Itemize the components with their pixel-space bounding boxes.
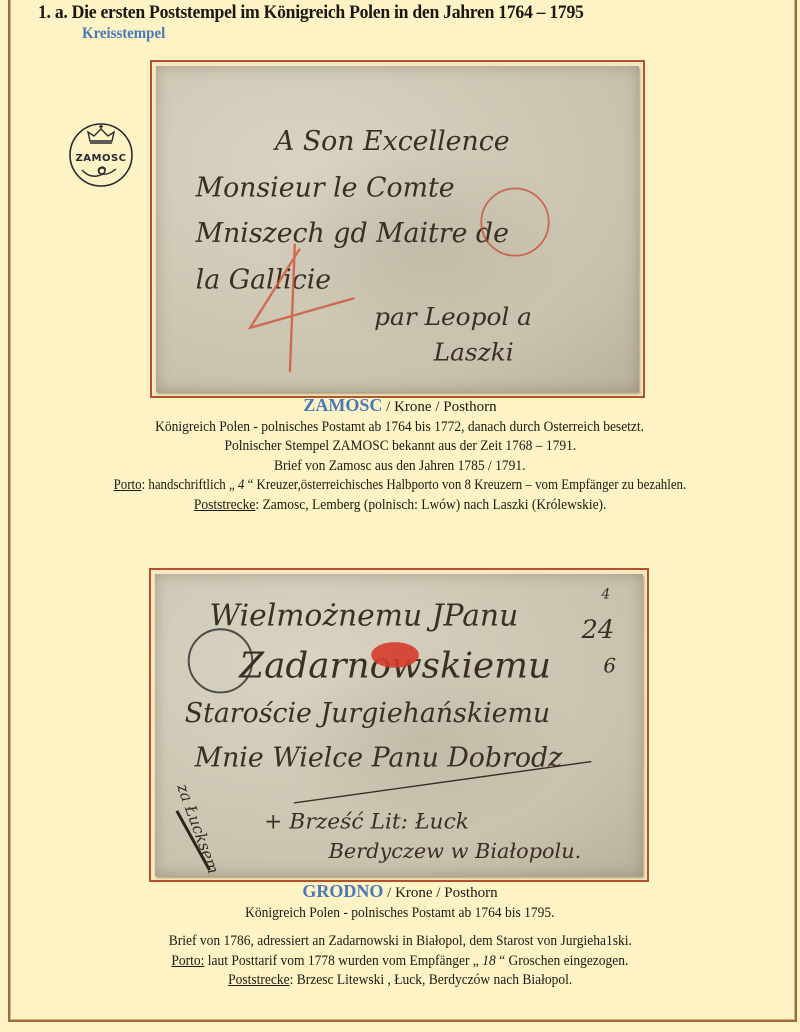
crown-posthorn-circle-stamp-icon: ZAMOSC (66, 122, 136, 188)
address-line: Wielmożnemu JPanu (210, 597, 519, 632)
red-wax-seal (371, 642, 419, 668)
address-line: + Brześć Lit: Łuck (264, 810, 469, 835)
porto-label: Porto (114, 477, 142, 493)
address-line: par Leopol a (374, 302, 532, 331)
postmark-text: ZAMOSC (76, 153, 127, 164)
caption-line: Königreich Polen - polnisches Postamt ab… (245, 904, 554, 924)
caption-grodno: GRODNO / Krone / Posthorn Königreich Pol… (0, 882, 800, 991)
manuscript-rate: 4 (600, 587, 610, 603)
caption-line: Brief von Zamosc aus den Jahren 1785 / 1… (274, 457, 526, 477)
cover-frame-grodno: Wielmożnemu JPanu Zadarnowskiemu Starośc… (149, 568, 649, 882)
porto-text: “ Groschen eingezogen. (496, 953, 629, 969)
route-text: : Brzesc Litewski , Łuck, Berdyczów nach… (289, 972, 572, 988)
caption-line: Polnischer Stempel ZAMOSC bekannt aus de… (224, 437, 576, 457)
side-note: za Łucksem (173, 780, 224, 876)
address-line: Mniszech gd Maitre de (195, 218, 509, 249)
envelope-grodno: Wielmożnemu JPanu Zadarnowskiemu Starośc… (155, 574, 643, 876)
address-line: Monsieur le Comte (195, 172, 455, 203)
stamp-type: / Krone / Posthorn (382, 399, 496, 415)
place-name: ZAMOSC (303, 395, 382, 415)
manuscript-rate: 24 (581, 615, 615, 645)
address-line: A Son Excellence (272, 126, 510, 157)
porto-label: Porto: (171, 953, 204, 969)
envelope-zamosc: A Son Excellence Monsieur le Comte Mnisz… (156, 66, 639, 392)
caption-line: Brief von 1786, adressiert an Zadarnowsk… (168, 932, 631, 952)
address-line: Berdyczew w Białopolu. (328, 839, 582, 863)
cover-frame-zamosc: A Son Excellence Monsieur le Comte Mnisz… (150, 60, 645, 398)
manuscript-rate: 6 (603, 655, 616, 678)
route-text: : Zamosc, Lemberg (polnisch: Lwów) nach … (255, 497, 606, 513)
address-line: Laszki (433, 337, 514, 366)
page-title: 1. a. Die ersten Poststempel im Königrei… (38, 2, 584, 24)
address-line: Staroście Jurgiehańskiemu (185, 698, 550, 729)
red-manuscript-rate-4 (250, 244, 354, 372)
porto-value: 18 (482, 953, 496, 969)
caption-zamosc: ZAMOSC / Krone / Posthorn Königreich Pol… (0, 396, 800, 515)
caption-line: Königreich Polen - polnisches Postamt ab… (156, 418, 645, 438)
stamp-type: / Krone / Posthorn (383, 885, 497, 901)
porto-text: : handschriftlich „ (142, 477, 238, 493)
address-line: Mnie Wielce Panu Dobrodz (194, 743, 563, 774)
album-page: 1. a. Die ersten Poststempel im Königrei… (0, 0, 800, 1032)
page-subtitle: Kreisstempel (82, 25, 165, 43)
porto-text: laut Posttarif vom 1778 wurden vom Empfä… (205, 953, 483, 969)
porto-text: “ Kreuzer,österreichisches Halbporto von… (244, 477, 686, 493)
route-label: Poststrecke (228, 972, 289, 988)
route-label: Poststrecke (194, 497, 255, 513)
place-name: GRODNO (302, 881, 383, 901)
address-line: la Gallicie (196, 264, 331, 295)
